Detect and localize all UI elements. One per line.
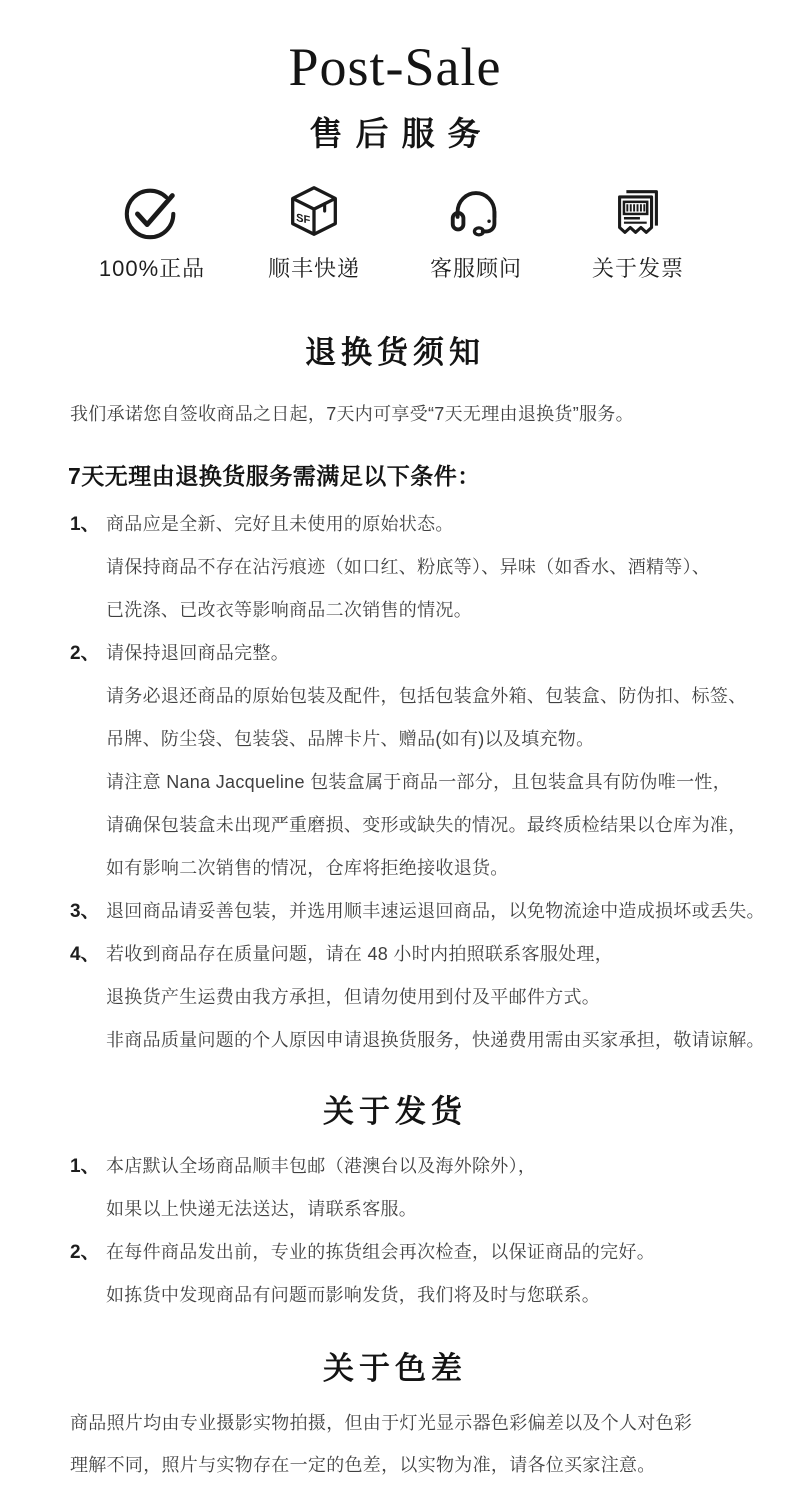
invoice-receipt-icon [558,181,718,243]
list-item: 1、 商品应是全新、完好且未使用的原始状态。 请保持商品不存在沾污痕迹（如口红、… [70,503,790,632]
item-number: 2、 [70,1231,100,1274]
item-number: 4、 [70,933,100,976]
page-subtitle: 售后服务 [0,108,790,155]
item-line: 已洗涤、已改衣等影响商品二次销售的情况。 [106,589,790,632]
list-item: 3、 退回商品请妥善包装，并选用顺丰速运退回商品，以免物流途中造成损坏或丢失。 [70,890,790,933]
feature-label: 关于发票 [558,252,718,283]
sf-express-box-icon: SF [234,181,394,243]
check-circle-icon [72,181,232,243]
post-sale-page: Post-Sale 售后服务 100%正品 SF 顺丰快递 [0,0,790,1500]
list-item: 2、 在每件商品发出前，专业的拣货组会再次检查，以保证商品的完好。 如拣货中发现… [70,1231,790,1317]
item-number: 3、 [70,890,100,933]
item-line: 吊牌、防尘袋、包装袋、品牌卡片、赠品(如有)以及填充物。 [106,718,790,761]
feature-invoice: 关于发票 [558,181,718,283]
list-item: 2、 请保持退回商品完整。 请务必退还商品的原始包装及配件，包括包装盒外箱、包装… [70,632,790,890]
item-line: 请确保包装盒未出现严重磨损、变形或缺失的情况。最终质检结果以仓库为准， [106,804,790,847]
returns-conditions-heading: 7天无理由退换货服务需满足以下条件： [68,458,790,491]
color-difference-paragraph: 商品照片均由专业摄影实物拍摄，但由于灯光显示器色彩偏差以及个人对色彩 理解不同，… [70,1402,790,1486]
item-line: 在每件商品发出前，专业的拣货组会再次检查，以保证商品的完好。 [106,1231,790,1274]
features-row: 100%正品 SF 顺丰快递 [0,181,790,283]
item-number: 2、 [70,632,100,675]
feature-customer-service: 客服顾问 [396,181,556,283]
item-number: 1、 [70,503,100,546]
returns-intro: 我们承诺您自签收商品之日起，7天内可享受“7天无理由退换货”服务。 [70,400,790,426]
item-line: 请注意 Nana Jacqueline 包装盒属于商品一部分，且包装盒具有防伪唯… [106,761,790,804]
item-line: 如拣货中发现商品有问题而影响发货，我们将及时与您联系。 [106,1274,790,1317]
paragraph-line: 商品照片均由专业摄影实物拍摄，但由于灯光显示器色彩偏差以及个人对色彩 [70,1402,790,1444]
item-line: 非商品质量问题的个人原因申请退换货服务，快递费用需由买家承担，敬请谅解。 [106,1019,790,1062]
item-line: 商品应是全新、完好且未使用的原始状态。 [106,503,790,546]
returns-section-heading: 退换货须知 [0,327,790,372]
item-line: 请保持商品不存在沾污痕迹（如口红、粉底等）、异味（如香水、酒精等）、 [106,546,790,589]
feature-label: 顺丰快递 [234,252,394,283]
feature-label: 100%正品 [72,252,232,283]
feature-sf-express: SF 顺丰快递 [234,181,394,283]
shipping-list: 1、 本店默认全场商品顺丰包邮（港澳台以及海外除外）， 如果以上快递无法送达，请… [70,1145,790,1317]
list-item: 1、 本店默认全场商品顺丰包邮（港澳台以及海外除外）， 如果以上快递无法送达，请… [70,1145,790,1231]
item-line: 退回商品请妥善包装，并选用顺丰速运退回商品，以免物流途中造成损坏或丢失。 [106,890,790,933]
item-line: 退换货产生运费由我方承担，但请勿使用到付及平邮件方式。 [106,976,790,1019]
feature-authentic: 100%正品 [72,181,232,283]
item-line: 请保持退回商品完整。 [106,632,790,675]
item-line: 请务必退还商品的原始包装及配件，包括包装盒外箱、包装盒、防伪扣、标签、 [106,675,790,718]
shipping-section-heading: 关于发货 [0,1086,790,1131]
color-section-heading: 关于色差 [0,1343,790,1388]
item-line: 若收到商品存在质量问题，请在 48 小时内拍照联系客服处理， [106,933,790,976]
item-line: 本店默认全场商品顺丰包邮（港澳台以及海外除外）， [106,1145,790,1188]
item-line: 如有影响二次销售的情况，仓库将拒绝接收退货。 [106,847,790,890]
paragraph-line: 理解不同，照片与实物存在一定的色差，以实物为准，请各位买家注意。 [70,1444,790,1486]
feature-label: 客服顾问 [396,252,556,283]
list-item: 4、 若收到商品存在质量问题，请在 48 小时内拍照联系客服处理， 退换货产生运… [70,933,790,1062]
headset-icon [396,181,556,243]
item-line: 如果以上快递无法送达，请联系客服。 [106,1188,790,1231]
item-number: 1、 [70,1145,100,1188]
page-title: Post-Sale [0,36,790,98]
returns-conditions-list: 1、 商品应是全新、完好且未使用的原始状态。 请保持商品不存在沾污痕迹（如口红、… [70,503,790,1062]
